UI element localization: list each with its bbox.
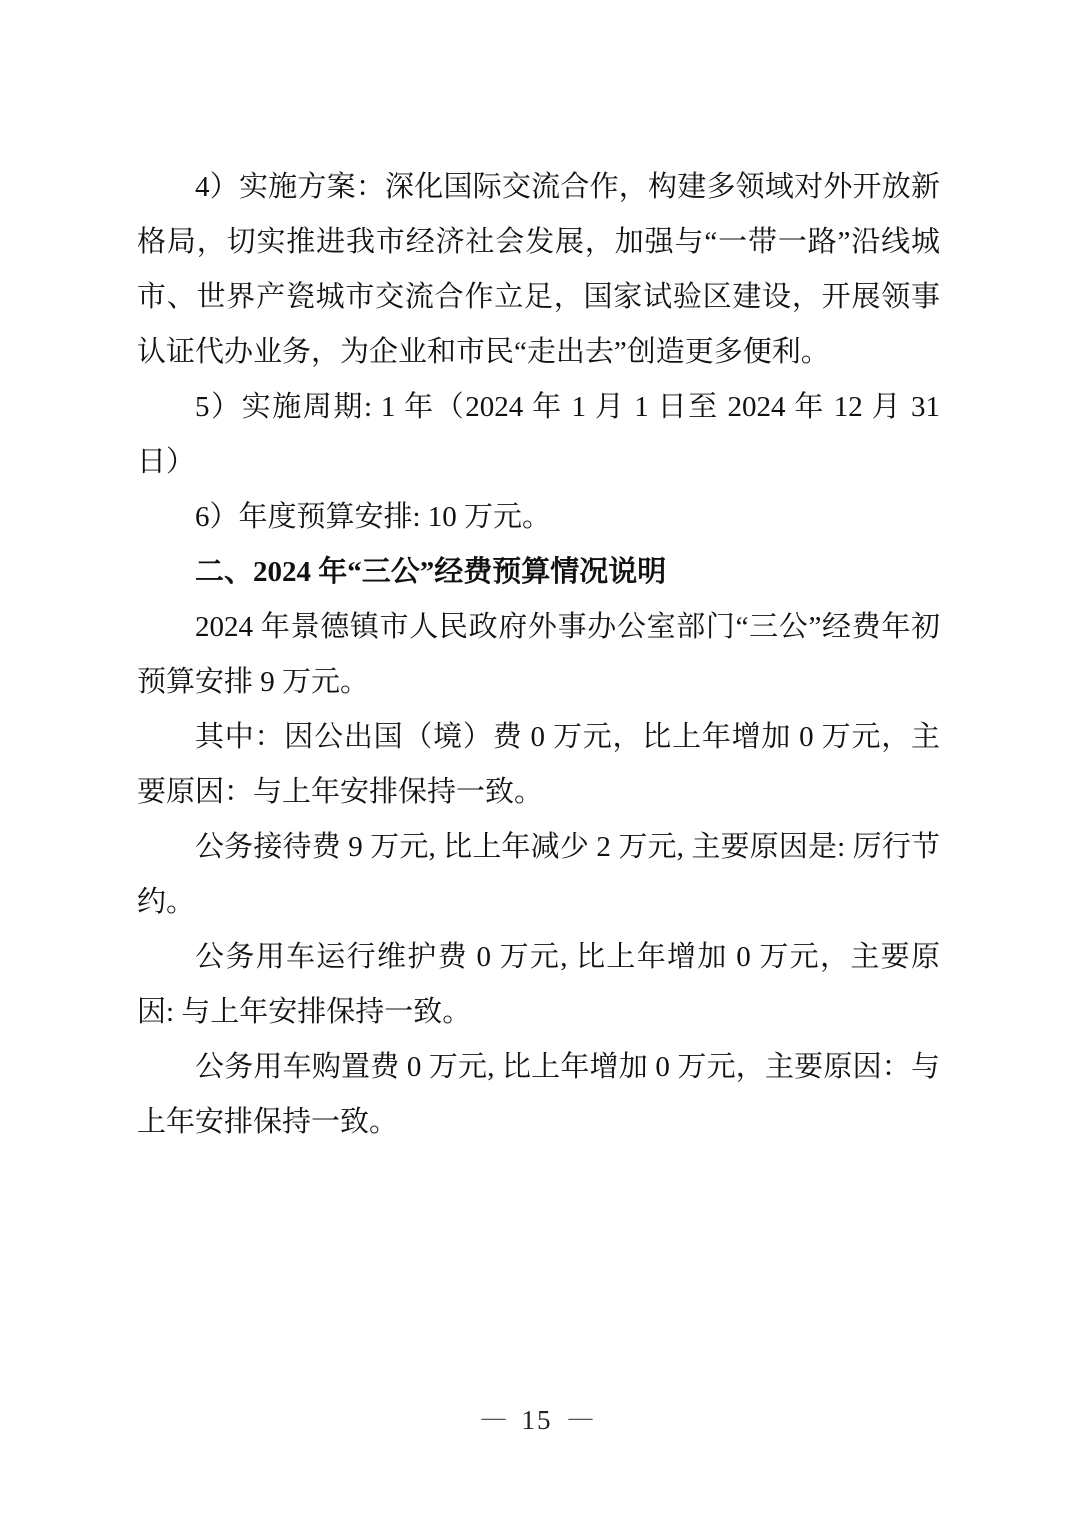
page-number: 15 (522, 1405, 553, 1435)
paragraph-vehicle-purchase-expense: 公务用车购置费 0 万元, 比上年增加 0 万元，主要原因：与上年安排保持一致。 (137, 1040, 940, 1150)
paragraph-official-reception-expense: 公务接待费 9 万元, 比上年减少 2 万元, 主要原因是: 厉行节约。 (137, 820, 940, 930)
paragraph-overseas-trip-expense: 其中：因公出国（境）费 0 万元，比上年增加 0 万元，主要原因：与上年安排保持… (137, 710, 940, 820)
document-page: 4）实施方案：深化国际交流合作，构建多领域对外开放新格局，切实推进我市经济社会发… (0, 0, 1074, 1520)
page-footer: —15— (0, 1400, 1074, 1442)
paragraph-annual-budget: 6）年度预算安排: 10 万元。 (137, 490, 940, 545)
paragraph-implementation-period: 5）实施周期: 1 年（2024 年 1 月 1 日至 2024 年 12 月 … (137, 380, 940, 490)
paragraph-vehicle-operation-maintenance-expense: 公务用车运行维护费 0 万元, 比上年增加 0 万元，主要原因: 与上年安排保持… (137, 930, 940, 1040)
paragraph-implementation-plan: 4）实施方案：深化国际交流合作，构建多领域对外开放新格局，切实推进我市经济社会发… (137, 160, 940, 380)
document-body: 4）实施方案：深化国际交流合作，构建多领域对外开放新格局，切实推进我市经济社会发… (137, 160, 940, 1150)
footer-dash-left: — (482, 1405, 506, 1431)
section-heading-three-public-expenses: 二、2024 年“三公”经费预算情况说明 (137, 545, 940, 600)
footer-dash-right: — (569, 1405, 593, 1431)
paragraph-budget-overview: 2024 年景德镇市人民政府外事办公室部门“三公”经费年初预算安排 9 万元。 (137, 600, 940, 710)
